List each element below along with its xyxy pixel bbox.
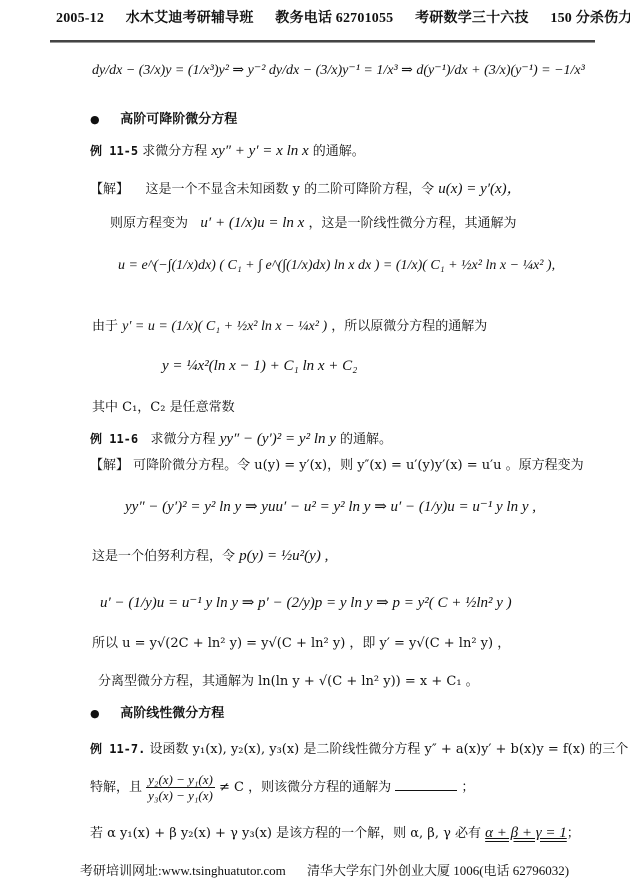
ratio-fraction: y₂(x) − y₁(x) y₃(x) − y₁(x) [146,772,215,803]
solution-line-2: 则原方程变为 u′ + (1/x)u = ln x ，这是一阶线性微分方程，其通… [110,212,517,232]
general-solution-u: u = e^(−∫(1/x)dx) ( C₁ + ∫ e^(∫(1/x)dx) … [118,258,555,274]
solution-text: 可降阶微分方程。令 u(y) = y′(x)，则 y″(x) = u′(y)y′… [133,458,583,473]
solution-text: 这是一个伯努利方程，令 [92,549,235,564]
prompt-text: 的通解。 [340,432,392,447]
example-11-7-line-3: 若 α y₁(x) + β y₂(x) + γ y₃(x) 是该方程的一个解，则… [90,822,580,842]
equation: yy″ − (y′)² = y² ln y [220,431,336,447]
bernoulli-line: 这是一个伯努利方程，令 p(y) = ½u²(y) , [92,545,328,565]
header-org: 水木艾迪考研辅导班 [126,11,254,26]
prompt-text: ≠ C ，则该微分方程的通解为 [219,780,391,795]
solution-line-1: 【解】 可降阶微分方程。令 u(y) = y′(x)，则 y″(x) = u′(… [90,454,584,473]
example-label: 例 11-7. [90,742,145,756]
header-slogan: 150 分杀伤力 [550,11,630,26]
example-label: 例 11-6 [90,432,138,446]
page-footer: 考研培训网址:www.tsinghuatutor.com 清华大学东门外创业大厦… [80,860,587,879]
solution-text: 由于 [92,319,118,334]
example-11-5-prompt: 例 11-5 求微分方程 xy″ + y′ = x ln x 的通解。 [90,140,365,160]
header-date: 2005-12 [56,11,104,26]
equation: u(x) = y′(x)， [438,181,521,197]
prompt-text: 求微分方程 [151,432,216,447]
section-title: 高阶线性微分方程 [120,706,224,721]
example-11-7-line-2: 特解，且 y₂(x) − y₁(x) y₃(x) − y₁(x) ≠ C ，则该… [90,772,474,803]
prompt-text: 若 α y₁(x) + β y₂(x) + γ y₃(x) 是该方程的一个解，则… [90,826,481,841]
solution-tag: 【解】 [90,182,129,197]
solution-line-1: 【解】 这是一个不显含未知函数 y 的二阶可降阶方程，令 u(x) = y′(x… [90,177,522,198]
answer-blank [395,778,457,791]
prompt-text: 的通解。 [313,144,365,159]
bernoulli-equation: u′ − (1/y)u = u⁻¹ y ln y ⇒ p′ − (2/y)p =… [100,593,512,612]
equation: p(y) = ½u²(y) , [239,548,328,564]
header-divider [50,40,595,43]
example-label: 例 11-5 [90,144,138,158]
prompt-text: 求微分方程 [142,144,207,159]
prompt-text: 设函数 y₁(x), y₂(x), y₃(x) 是二阶线性微分方程 y″ + a… [150,742,629,757]
bullet-icon: ● [90,707,100,720]
page-header: 2005-12 水木艾迪考研辅导班 教务电话 62701055 考研数学三十六技… [56,7,630,27]
prompt-text: ； [567,826,580,841]
solution-text: ，这是一阶线性微分方程，其通解为 [308,216,516,231]
prompt-text: 特解，且 [90,780,142,795]
example-11-6-prompt: 例 11-6 求微分方程 yy″ − (y′)² = y² ln y 的通解。 [90,428,392,448]
equation: y′ = u = (1/x)( C₁ + ½x² ln x − ¼x² ) [122,319,327,334]
solution-text: 则原方程变为 [110,216,188,231]
answer-text: α + β + γ = 1 [485,825,567,841]
ratio-denominator: y₃(x) − y₁(x) [146,788,215,803]
so-u-line: 所以 u = y√(2C + ln² y) = y√(C + ln² y) ，即… [92,632,510,651]
equation: xy″ + y′ = x ln x [211,143,308,159]
section-heading-2: ● 高阶线性微分方程 [90,702,224,721]
header-title: 考研数学三十六技 [415,11,529,26]
constants-note: 其中 C₁，C₂ 是任意常数 [92,396,235,415]
section-title: 高阶可降阶微分方程 [120,112,237,127]
footer-address: 清华大学东门外创业大厦 1006(电话 62796032) [307,863,569,878]
header-phone: 教务电话 62701055 [275,11,393,26]
footer-site: 考研培训网址:www.tsinghuatutor.com [80,863,286,878]
transform-equation: yy″ − (y′)² = y² ln y ⇒ yuu′ − u² = y² l… [125,497,536,516]
general-solution-y: y = ¼x²(ln x − 1) + C₁ ln x + C₂ [162,358,357,375]
separable-line: 分离型微分方程，其通解为 ln(ln y + √(C + ln² y)) = x… [98,670,479,689]
solution-text: 这是一个不显含未知函数 y 的二阶可降阶方程，令 [146,182,435,197]
prompt-text: ； [461,780,474,795]
section-heading-1: ● 高阶可降阶微分方程 [90,108,237,127]
example-11-7-line-1: 例 11-7. 设函数 y₁(x), y₂(x), y₃(x) 是二阶线性微分方… [90,738,628,757]
equation: u′ + (1/x)u = ln x [200,215,304,231]
solution-tag: 【解】 [90,458,129,473]
top-equation: dy/dx − (3/x)y = (1/x³)y² ⇒ y⁻² dy/dx − … [92,62,585,79]
ratio-numerator: y₂(x) − y₁(x) [146,772,215,788]
bullet-icon: ● [90,113,100,126]
solution-text: ，所以原微分方程的通解为 [331,319,487,334]
solution-line-4: 由于 y′ = u = (1/x)( C₁ + ½x² ln x − ¼x² )… [92,315,487,335]
